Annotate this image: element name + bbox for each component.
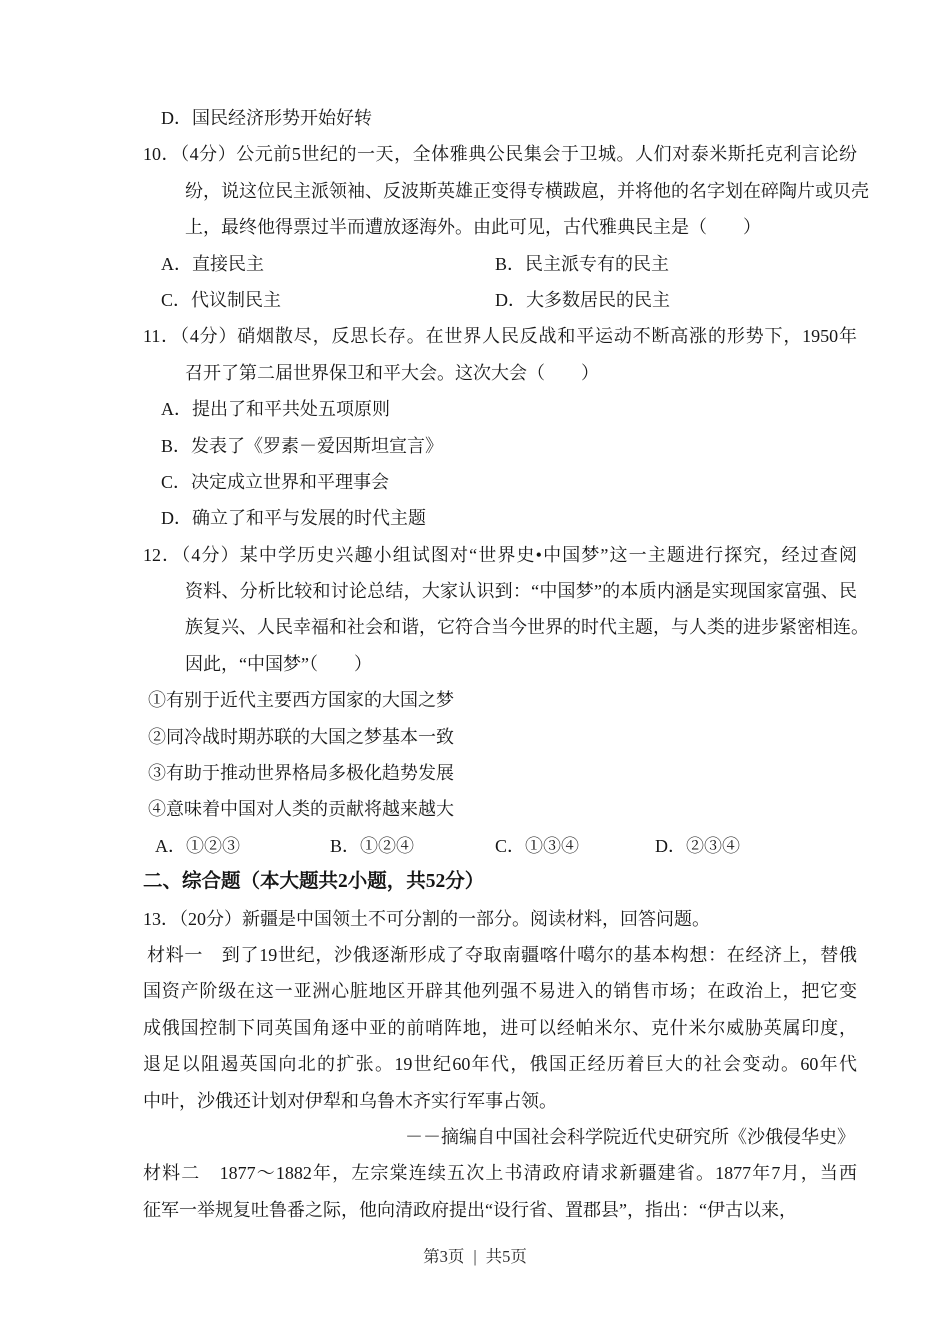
q13-material-1-source: －－摘编自中国社会科学院近代史研究所《沙俄侵华史》 xyxy=(143,1119,857,1155)
q10-option-d: D．大多数居民的民主 xyxy=(495,282,670,318)
q11-stem-line-1: 11．（4分）硝烟散尽，反思长存。在世界人民反战和平运动不断高涨的形势下，195… xyxy=(143,318,857,354)
q10-option-c: C．代议制民主 xyxy=(161,282,281,318)
q10-stem-line-1: 10．（4分）公元前5世纪的一天，全体雅典公民集会于卫城。人们对泰米斯托克利言论… xyxy=(143,136,857,172)
section-2-header: 二、综合题（本大题共2小题，共52分） xyxy=(143,864,857,900)
footer-page-total: 共5页 xyxy=(486,1239,527,1275)
q11-option-c: C．决定成立世界和平理事会 xyxy=(143,464,857,500)
q13-stem-line-1: 13．（20分）新疆是中国领土不可分割的一部分。阅读材料，回答问题。 xyxy=(143,901,857,937)
q10-option-b: B．民主派专有的民主 xyxy=(495,246,669,282)
q12-stem-line-2: 资料、分析比较和讨论总结，大家认识到：“中国梦”的本质内涵是实现国家富强、民 xyxy=(143,573,857,609)
footer-page-number: 第3页 xyxy=(423,1239,464,1275)
q10-options-row-1: A．直接民主 B．民主派专有的民主 xyxy=(143,246,857,282)
q13-material-1-line-4: 退足以阻遏英国向北的扩张。19世纪60年代，俄国正经历着巨大的社会变动。60年代 xyxy=(143,1046,857,1082)
q12-option-d: D．②③④ xyxy=(655,828,740,864)
q12-statement-4: ④意味着中国对人类的贡献将越来越大 xyxy=(143,791,857,827)
q10-stem-line-2: 纷，说这位民主派领袖、反波斯英雄正变得专横跋扈，并将他的名字划在碎陶片或贝壳 xyxy=(143,173,857,209)
q12-option-a: A．①②③ xyxy=(155,828,240,864)
q11-stem-line-2: 召开了第二届世界保卫和平大会。这次大会（ ） xyxy=(143,355,857,391)
q12-statement-3: ③有助于推动世界格局多极化趋势发展 xyxy=(143,755,857,791)
q13-material-1-line-2: 国资产阶级在这一亚洲心脏地区开辟其他列强不易进入的销售市场；在政治上，把它变 xyxy=(143,973,857,1009)
q12-stem-line-3: 族复兴、人民幸福和社会和谐，它符合当今世界的时代主题，与人类的进步紧密相连。 xyxy=(143,609,857,645)
q13-material-2-line-1: 材料二 1877～1882年，左宗棠连续五次上书清政府请求新疆建省。1877年7… xyxy=(143,1155,857,1191)
q13-material-1-line-3: 成俄国控制下同英国角逐中亚的前哨阵地，进可以经帕米尔、克什米尔威胁英属印度， xyxy=(143,1010,857,1046)
q12-option-b: B．①②④ xyxy=(330,828,414,864)
q12-option-c: C．①③④ xyxy=(495,828,579,864)
q11-option-d: D．确立了和平与发展的时代主题 xyxy=(143,500,857,536)
q13-material-2-line-2: 征军一举规复吐鲁番之际，他向清政府提出“设行省、置郡县”，指出：“伊古以来， xyxy=(143,1192,857,1228)
q12-statement-1: ①有别于近代主要西方国家的大国之梦 xyxy=(143,682,857,718)
exam-paper-page: D．国民经济形势开始好转 10．（4分）公元前5世纪的一天，全体雅典公民集会于卫… xyxy=(0,0,950,1344)
footer-separator: | xyxy=(473,1239,476,1275)
q13-material-1-line-5: 中叶，沙俄还计划对伊犁和乌鲁木齐实行军事占领。 xyxy=(143,1083,857,1119)
q11-option-a: A．提出了和平共处五项原则 xyxy=(143,391,857,427)
q12-stem-line-4: 因此，“中国梦”（ ） xyxy=(143,646,857,682)
q10-options-row-2: C．代议制民主 D．大多数居民的民主 xyxy=(143,282,857,318)
q12-options-row: A．①②③ B．①②④ C．①③④ D．②③④ xyxy=(143,828,857,864)
q10-stem-line-3: 上，最终他得票过半而遭放逐海外。由此可见，古代雅典民主是（ ） xyxy=(143,209,857,245)
q9-option-d: D．国民经济形势开始好转 xyxy=(143,100,857,136)
exam-body: D．国民经济形势开始好转 10．（4分）公元前5世纪的一天，全体雅典公民集会于卫… xyxy=(143,100,857,1228)
q11-option-b: B．发表了《罗素－爱因斯坦宣言》 xyxy=(143,428,857,464)
q10-option-a: A．直接民主 xyxy=(161,246,264,282)
page-footer: 第3页 | 共5页 xyxy=(0,1239,950,1275)
q13-material-1-line-1: 材料一 到了19世纪，沙俄逐渐形成了夺取南疆喀什噶尔的基本构想：在经济上，替俄 xyxy=(143,937,857,973)
q12-stem-line-1: 12．（4分）某中学历史兴趣小组试图对“世界史•中国梦”这一主题进行探究，经过查… xyxy=(143,537,857,573)
q12-statement-2: ②同冷战时期苏联的大国之梦基本一致 xyxy=(143,719,857,755)
